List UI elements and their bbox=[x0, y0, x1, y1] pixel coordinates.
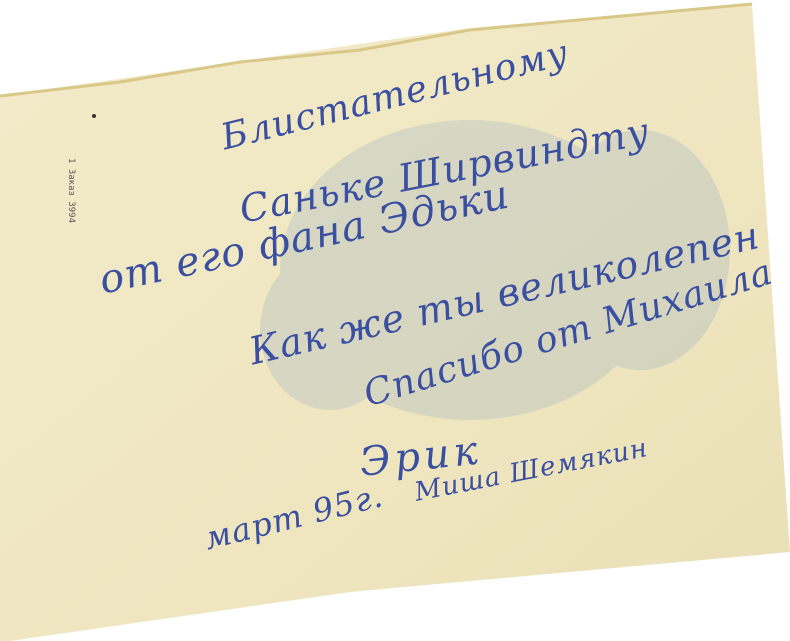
margin-print-order-number: 1 Заказ 3994 bbox=[66, 158, 76, 223]
photo-scene: 1 Заказ 3994 Блистательному Санькe Ширви… bbox=[0, 0, 790, 641]
ink-dot bbox=[92, 114, 96, 118]
